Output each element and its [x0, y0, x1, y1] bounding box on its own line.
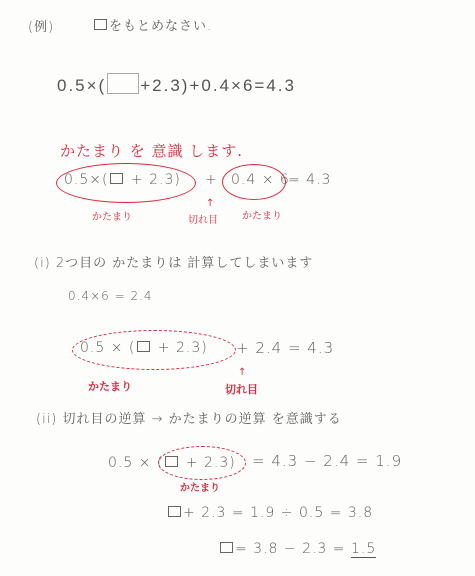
step1-calc: 0.4×6 = 2.4 [68, 289, 153, 303]
answer-blank [107, 73, 139, 94]
blank-square-icon [220, 542, 233, 553]
intro-equation: 0.5×( + 2.3) [64, 172, 181, 188]
blank-square-icon [94, 19, 107, 30]
step1-eq-left2: + 2.3) [152, 340, 207, 356]
final-answer: 1.5 [351, 541, 376, 558]
intro-label-break: 切れ目 [188, 211, 218, 226]
intro-eq-right: 0.4 × 6 [231, 172, 290, 188]
step2-label-chunk: かたまり [180, 479, 220, 494]
step2-line2: + 2.3 = 1.9 ÷ 0.5 = 3.8 [166, 505, 373, 521]
instruction: をもとめなさい. [92, 15, 212, 34]
break-arrow-icon: ↑ [206, 199, 214, 209]
step1-heading: (i) 2つ目の かたまりは 計算してしまいます [34, 252, 313, 271]
intro-eq-left2: + 2.3) [125, 172, 180, 188]
intro-eq-result: = 4.3 [288, 172, 331, 188]
step1-label-chunk: かたまり [88, 378, 132, 394]
step2-line2-post: + 2.3 = 1.9 ÷ 0.5 = 3.8 [183, 505, 373, 521]
step2-line1-post: = 4.3 − 2.4 = 1.9 [252, 452, 402, 470]
intro-label-chunk1: かたまり [92, 208, 132, 223]
step1-break-arrow-icon: ↑ [238, 368, 246, 378]
step2-line3: = 3.8 − 2.3 = 1.5 [218, 541, 376, 557]
problem-part2: +2.3)+0.4×6=4.3 [140, 76, 296, 95]
step1-equation: 0.5 × ( + 2.3) [80, 340, 208, 356]
step2-line3-post: = 3.8 − 2.3 = [235, 541, 346, 557]
problem-part1: 0.5×( [57, 76, 106, 95]
step2-heading: (ii) 切れ目の逆算 → かたまりの逆算 を意識する [36, 408, 342, 427]
blank-square-icon [137, 341, 150, 352]
example-label: (例) [28, 16, 54, 35]
intro-heading: かたまり を 意識 します. [60, 140, 243, 161]
blank-square-icon [168, 506, 181, 517]
intro-eq-left: 0.5×( [64, 172, 108, 188]
step1-eq-rest: + 2.4 = 4.3 [236, 339, 334, 357]
instruction-text: をもとめなさい. [109, 19, 212, 34]
blank-square-icon [110, 173, 123, 184]
step1-label-break: 切れ目 [225, 381, 258, 397]
problem-equation: 0.5×(+2.3)+0.4×6=4.3 [57, 73, 296, 96]
intro-plus: + [205, 172, 218, 188]
blank-square-icon [165, 456, 178, 467]
step1-eq-left: 0.5 × ( [80, 340, 135, 356]
step2-line1-pre: 0.5 × ( [108, 455, 163, 471]
step2-line1-mid: + 2.3) [180, 455, 235, 471]
step2-line1: 0.5 × ( + 2.3) [108, 455, 236, 471]
intro-label-chunk2: かたまり [242, 207, 282, 222]
